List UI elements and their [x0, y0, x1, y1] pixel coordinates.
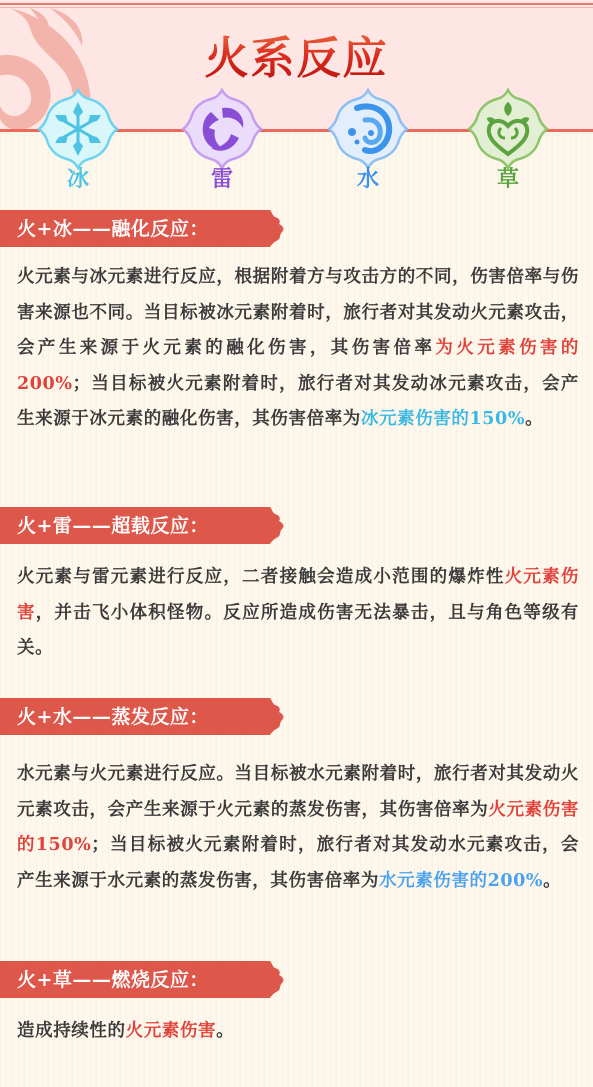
section-heading-text: 火+水——蒸发反应：	[17, 702, 209, 729]
page-title: 火系反应	[0, 22, 593, 86]
section-body-burning: 造成持续性的火元素伤害。	[17, 1014, 579, 1050]
highlight-cryo-damage: 冰元素伤害的150%	[361, 409, 525, 429]
body-text: 。	[216, 1021, 234, 1041]
element-icon-row: 冰 雷 水	[0, 88, 593, 188]
section-heading-text: 火+雷——超载反应：	[17, 511, 209, 538]
section-heading-burning: 火+草——燃烧反应：	[0, 961, 290, 998]
section-body-overload: 火元素与雷元素进行反应，二者接触会造成小范围的爆炸性火元素伤害，并击飞小体积怪物…	[17, 560, 579, 667]
dendro-leaf-icon	[467, 88, 549, 170]
body-text: 。	[543, 871, 561, 891]
section-heading-melt: 火+冰——融化反应：	[0, 210, 290, 247]
body-text: 。	[525, 409, 543, 429]
element-hydro: 水	[327, 88, 409, 192]
section-heading-text: 火+草——燃烧反应：	[17, 965, 209, 992]
element-label-dendro: 草	[467, 162, 549, 193]
body-text: 造成持续性的	[17, 1021, 126, 1041]
element-electro: 雷	[181, 88, 263, 192]
section-body-vaporize: 水元素与火元素进行反应。当目标被水元素附着时，旅行者对其发动火元素攻击，会产生来…	[17, 757, 579, 899]
section-heading-text: 火+冰——融化反应：	[17, 214, 209, 241]
element-label-hydro: 水	[327, 162, 409, 193]
section-heading-overload: 火+雷——超载反应：	[0, 507, 290, 544]
highlight-fire-damage: 火元素伤害	[126, 1021, 217, 1041]
header-top-border	[0, 3, 593, 5]
highlight-hydro-damage: 水元素伤害的200%	[379, 871, 543, 891]
body-text: 火元素与雷元素进行反应，二者接触会造成小范围的爆炸性	[17, 567, 505, 587]
cryo-snowflake-icon	[37, 88, 119, 170]
element-label-electro: 雷	[181, 162, 263, 193]
element-label-cryo: 冰	[37, 162, 119, 193]
section-heading-vaporize: 火+水——蒸发反应：	[0, 698, 290, 735]
electro-swirl-icon	[181, 88, 263, 170]
element-cryo: 冰	[37, 88, 119, 192]
body-text: ，并击飞小体积怪物。反应所造成伤害无法暴击，且与角色等级有关。	[17, 603, 579, 659]
section-body-melt: 火元素与冰元素进行反应，根据附着方与攻击方的不同，伤害倍率与伤害来源也不同。当目…	[17, 260, 579, 438]
hydro-wave-icon	[327, 88, 409, 170]
element-dendro: 草	[467, 88, 549, 192]
